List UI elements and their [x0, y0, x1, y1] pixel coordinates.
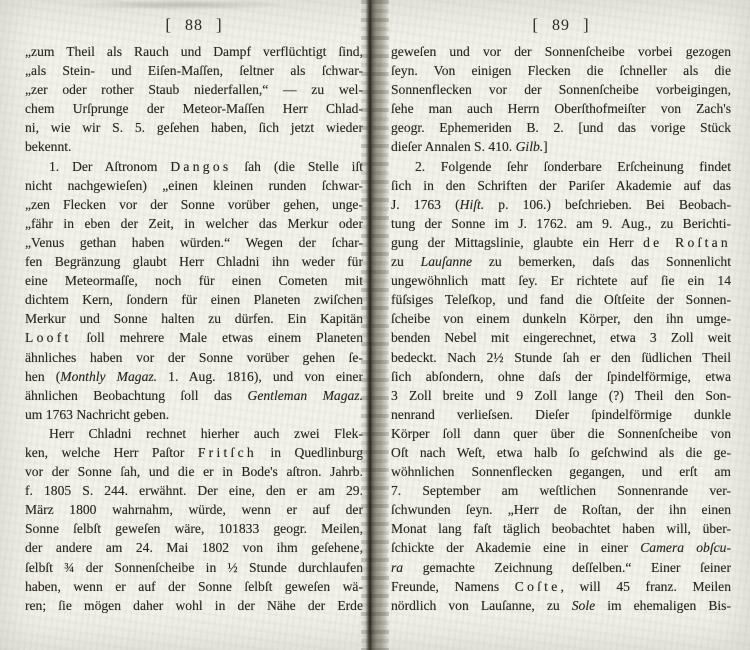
text-line: f. 1805 S. 244. erwähnt. Der eine, den e…	[25, 481, 363, 500]
spaced-name: Coſte	[515, 579, 561, 594]
text-line: ren; ſie mögen daher wohl in der Nähe de…	[25, 596, 363, 615]
spaced-name: de Roſtan	[643, 235, 731, 250]
text-line: „Venus gethan haben würden.“ Wegen der ſ…	[25, 233, 363, 252]
text-line: Oſt nach Weſt, etwa halb ſo geſchwind al…	[391, 443, 731, 462]
text-line: 3 Zoll breite und 9 Zoll lange (?) Theil…	[391, 386, 731, 405]
bracket-close: ]	[583, 15, 590, 34]
bracket-open: [	[532, 15, 539, 34]
text-line: nicht nachgewieſen) „einen kleinen runde…	[25, 176, 363, 195]
text-line: Merkur und Sonne halten zu dürfen. Ein K…	[25, 309, 363, 328]
text-line: ſehe man auch Herrn Oberſthofmeiſter von…	[391, 99, 731, 118]
text-line: tung der Sonne im J. 1762. am 9. Aug., z…	[391, 214, 731, 233]
page-number-right: 89	[552, 17, 570, 34]
text-line: ni, wie wir S. 5. geſehen haben, ſich je…	[25, 118, 363, 137]
text-line: zu Lauſanne zu bemerken, daſs das Sonnen…	[391, 252, 731, 271]
page-header-left: [88]	[25, 15, 363, 35]
text-line: ähnliches haben vor der Sonne vorüber ge…	[25, 348, 363, 367]
page-header-right: [89]	[391, 15, 731, 35]
bracket-open: [	[165, 15, 172, 34]
text-line: „zen Flecken vor der Sonne vorüber gehen…	[25, 195, 363, 214]
text-line: eine Meteormaſſe, noch für einen Cometen…	[25, 271, 363, 290]
text-line: ſich abſondern, ohne daſs der ſpindelför…	[391, 367, 731, 386]
text-line: Monat lang faſt täglich beobachtet haben…	[391, 519, 731, 538]
text-line: „fähr in eben der Zeit, in welcher das M…	[25, 214, 363, 233]
text-line: Sonne ſelbſt geweſen wäre, 101833 geogr.…	[25, 519, 363, 538]
text-line: dichtem Kern, ſondern für einen Planeten…	[25, 290, 363, 309]
italic-citation: Hiſt.	[460, 197, 485, 212]
text-line: vor der Sonne ſah, und die er in Bode's …	[25, 462, 363, 481]
italic-citation: Gilb.	[516, 139, 544, 154]
page-number-left: 88	[185, 17, 203, 34]
text-line: 2. Folgende ſehr ſonderbare Erſcheinung …	[391, 157, 731, 176]
text-line: J. 1763 (Hiſt. p. 106.) beſchrieben. Bei…	[391, 195, 731, 214]
text-line: ähnlichen Beobachtung ſoll das Gentleman…	[25, 386, 363, 405]
text-line: chem Urſprunge der Meteor-Maſſen Herr Ch…	[25, 99, 363, 118]
book-scan: [88] „zum Theil als Rauch und Dampf verf…	[0, 0, 750, 650]
italic-citation: ra	[391, 560, 403, 575]
book-gutter	[361, 0, 389, 650]
text-line: um 1763 Nachricht geben.	[25, 405, 363, 424]
text-line: ſelbſt ¾ der Sonnenſcheibe in ½ Stunde d…	[25, 558, 363, 577]
text-line: wöhnlichen Sonnenflecken gegangen, und e…	[391, 462, 731, 481]
text-line: 7. September am weſtlichen Sonnenrande v…	[391, 481, 731, 500]
text-line: fen Begränzung glaubt Herr Chladni ihn w…	[25, 252, 363, 271]
text-line: haben, wenn er auf der Sonne ſelbſt gewe…	[25, 577, 363, 596]
page-89-text: geweſen und vor der Sonnenſcheibe vorbei…	[391, 42, 731, 615]
text-line: Looft ſoll mehrere Male etwas einem Plan…	[25, 328, 363, 347]
text-line: ra gemachte Zeichnung deſſelben.“ Einer …	[391, 558, 731, 577]
text-line: Sonnenflecken vor der Sonnenſcheibe vorb…	[391, 80, 731, 99]
text-line: benden Nebel mit eingerechnet, etwa 3 Zo…	[391, 328, 731, 347]
text-line: ungewöhnlich matt ſey. Er richtete auf ſ…	[391, 271, 731, 290]
page-88: [88] „zum Theil als Rauch und Dampf verf…	[0, 0, 361, 650]
text-line: ſeyn. Von einigen Flecken die ſchneller …	[391, 61, 731, 80]
page-89: [89] geweſen und vor der Sonnenſcheibe v…	[389, 0, 750, 650]
text-line: bekennt.	[25, 137, 363, 156]
text-line: ſchwunden ſeyn. „Herr de Roſtan, der ihn…	[391, 500, 731, 519]
bracket-close: ]	[216, 15, 223, 34]
text-line: „als Stein- und Eiſen-Maſſen, ſeltner al…	[25, 61, 363, 80]
text-line: Körper ſoll dann quer über die Sonnenſch…	[391, 424, 731, 443]
text-line: nenrand verlieſsen. Dieſer ſpindelförmig…	[391, 405, 731, 424]
italic-citation: Gentleman Magaz.	[248, 388, 363, 403]
text-line: hen (Monthly Magaz. 1. Aug. 1816), und v…	[25, 367, 363, 386]
text-line: gung der Mittagslinie, glaubte ein Herr …	[391, 233, 731, 252]
italic-citation: Lauſanne	[421, 254, 472, 269]
text-line: „zum Theil als Rauch und Dampf verflücht…	[25, 42, 363, 61]
text-line: ſcheibe von einem dunkeln Körper, den ih…	[391, 309, 731, 328]
italic-citation: Monthly Magaz.	[60, 369, 157, 384]
text-line: 1. Der Aſtronom Dangos ſah (die Stelle i…	[25, 157, 363, 176]
text-line: März 1800 wahrnahm, würde, wenn er auf d…	[25, 500, 363, 519]
text-line: bedeckt. Nach 2½ Stunde ſah er den ſüdli…	[391, 348, 731, 367]
text-line: nördlich von Lauſanne, zu Sole im ehemal…	[391, 596, 731, 615]
text-line: „zer oder rother Staub niederfallen,“ — …	[25, 80, 363, 99]
page-88-text: „zum Theil als Rauch und Dampf verflücht…	[25, 42, 363, 615]
text-line: Freunde, Namens Coſte, will 45 franz. Me…	[391, 577, 731, 596]
italic-citation: Camera obſcu-	[640, 540, 731, 555]
text-line: geweſen und vor der Sonnenſcheibe vorbei…	[391, 42, 731, 61]
text-line: ſchickte der Akademie eine in einer Came…	[391, 538, 731, 557]
text-line: ken, welche Herr Paſtor Fritſch in Quedl…	[25, 443, 363, 462]
italic-citation: Sole	[572, 598, 595, 613]
text-line: Herr Chladni rechnet hierher auch zwei F…	[25, 424, 363, 443]
text-line: ſich in den Schriften der Pariſer Akadem…	[391, 176, 731, 195]
text-line: der andere am 24. Mai 1802 von ihm geſeh…	[25, 538, 363, 557]
spaced-name: Looft	[25, 330, 72, 345]
text-line: dieſer Annalen S. 410. Gilb.]	[391, 137, 731, 156]
spaced-name: Dangos	[170, 159, 231, 174]
text-line: füſsiges Teleſkop, und fand die Oſtſeite…	[391, 290, 731, 309]
text-line: geogr. Ephemeriden B. 2. [und das vorige…	[391, 118, 731, 137]
spaced-name: Fritſch	[198, 445, 257, 460]
